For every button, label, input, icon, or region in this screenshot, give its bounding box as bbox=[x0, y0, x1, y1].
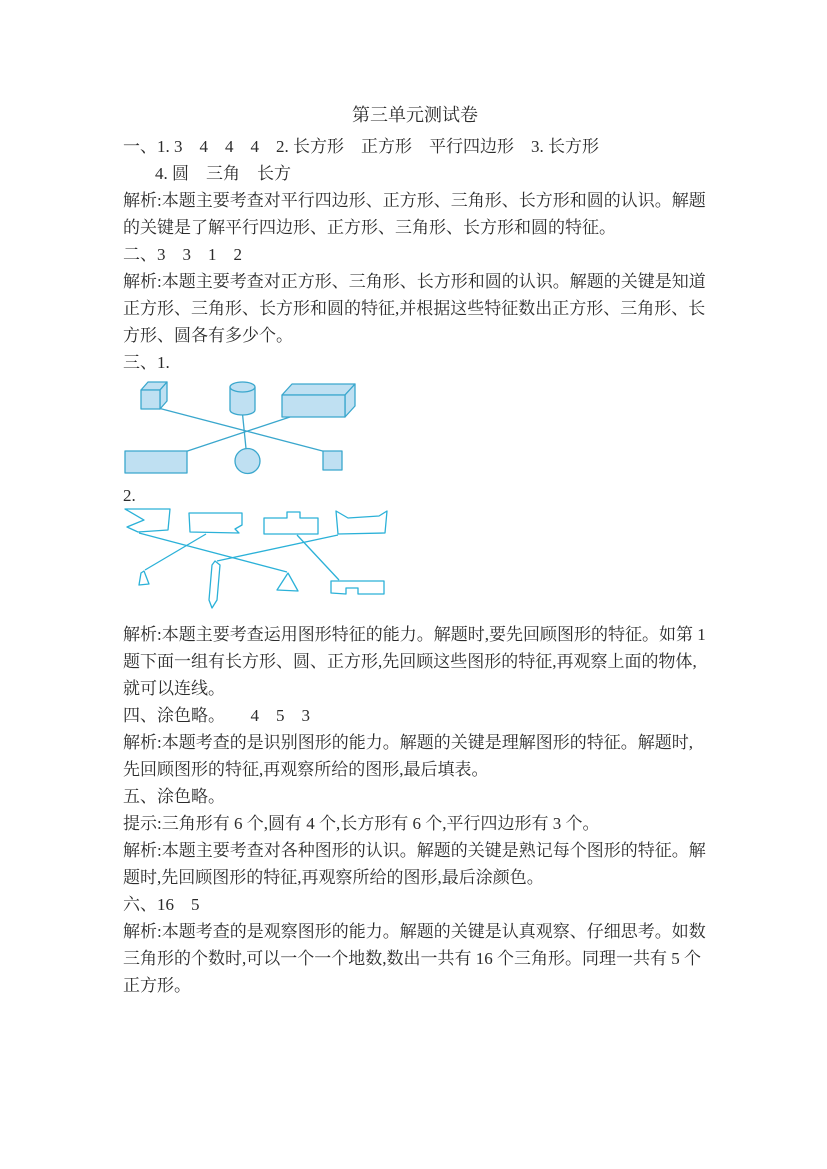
figure2-label: 2. bbox=[123, 486, 707, 506]
text-line: 五、涂色略。 bbox=[123, 783, 707, 810]
text-line: 方形、圆各有多少个。 bbox=[123, 322, 707, 349]
square-shape bbox=[323, 451, 342, 470]
figure1-svg bbox=[123, 376, 358, 480]
text-line: 题时,先回顾图形的特征,再观察所给的图形,最后涂颜色。 bbox=[123, 864, 707, 891]
connector-cornernotch-wedge bbox=[145, 534, 206, 570]
text-line: 解析:本题主要考查运用图形特征的能力。解题时,要先回顾图形的特征。如第 1 bbox=[123, 621, 707, 648]
answer-text-block-2: 解析:本题主要考查运用图形特征的能力。解题时,要先回顾图形的特征。如第 1题下面… bbox=[123, 621, 707, 999]
figure-match-solids bbox=[123, 376, 707, 480]
text-line: 六、16 5 bbox=[123, 891, 707, 918]
answer-sheet-page: 第三单元测试卷 一、1. 3 4 4 4 2. 长方形 正方形 平行四边形 3.… bbox=[0, 0, 827, 1169]
circle-shape bbox=[235, 449, 260, 474]
page-title: 第三单元测试卷 bbox=[123, 104, 707, 133]
cube bbox=[141, 382, 167, 409]
text-line: 的关键是了解平行四边形、正方形、三角形、长方形和圆的特征。 bbox=[123, 214, 707, 241]
rect-with-left-notch bbox=[125, 509, 170, 532]
rectangle-shape bbox=[125, 451, 187, 473]
text-line: 四、涂色略。 4 5 3 bbox=[123, 702, 707, 729]
connector-toptab-notchedstrip bbox=[297, 535, 339, 580]
text-line: 先回顾图形的特征,再观察所给的图形,最后填表。 bbox=[123, 756, 707, 783]
figure2-svg bbox=[119, 504, 391, 616]
text-line: 解析:本题主要考查对平行四边形、正方形、三角形、长方形和圆的认识。解题 bbox=[123, 187, 707, 214]
small-wedge-piece bbox=[139, 571, 149, 585]
rect-with-corner-notch bbox=[189, 513, 242, 533]
text-line: 解析:本题主要考查对各种图形的认识。解题的关键是熟记每个图形的特征。解 bbox=[123, 837, 707, 864]
text-line: 正方形。 bbox=[123, 972, 707, 999]
text-line: 4. 圆 三角 长方 bbox=[123, 160, 707, 187]
text-line: 解析:本题主要考查对正方形、三角形、长方形和圆的认识。解题的关键是知道 bbox=[123, 268, 707, 295]
rect-with-v-notch bbox=[336, 511, 387, 534]
figure-match-pieces bbox=[119, 504, 707, 616]
thin-strip-piece bbox=[209, 561, 220, 608]
text-line: 解析:本题考查的是观察图形的能力。解题的关键是认真观察、仔细思考。如数 bbox=[123, 918, 707, 945]
connector-vnotch-thinstrip bbox=[217, 535, 338, 561]
answer-text-block-1: 一、1. 3 4 4 4 2. 长方形 正方形 平行四边形 3. 长方形4. 圆… bbox=[123, 133, 707, 376]
text-line: 三、1. bbox=[123, 349, 707, 376]
text-line: 题下面一组有长方形、圆、正方形,先回顾这些图形的特征,再观察上面的物体, bbox=[123, 648, 707, 675]
rect-with-top-tab bbox=[264, 512, 318, 534]
cylinder bbox=[230, 382, 255, 415]
cuboid bbox=[282, 384, 355, 417]
text-line: 一、1. 3 4 4 4 2. 长方形 正方形 平行四边形 3. 长方形 bbox=[123, 133, 707, 160]
notched-strip-piece bbox=[331, 581, 384, 594]
document-content: 第三单元测试卷 一、1. 3 4 4 4 2. 长方形 正方形 平行四边形 3.… bbox=[123, 104, 707, 999]
text-line: 解析:本题考查的是识别图形的能力。解题的关键是理解图形的特征。解题时, bbox=[123, 729, 707, 756]
text-line: 就可以连线。 bbox=[123, 675, 707, 702]
triangle-piece bbox=[277, 573, 298, 591]
text-line: 三角形的个数时,可以一个一个地数,数出一共有 16 个三角形。同理一共有 5 个 bbox=[123, 945, 707, 972]
text-line: 正方形、三角形、长方形和圆的特征,并根据这些特征数出正方形、三角形、长 bbox=[123, 295, 707, 322]
text-line: 提示:三角形有 6 个,圆有 4 个,长方形有 6 个,平行四边形有 3 个。 bbox=[123, 810, 707, 837]
connector-cuboid-rectangle bbox=[186, 417, 290, 452]
text-line: 二、3 3 1 2 bbox=[123, 241, 707, 268]
connector-leftnotch-triangle bbox=[139, 533, 287, 572]
